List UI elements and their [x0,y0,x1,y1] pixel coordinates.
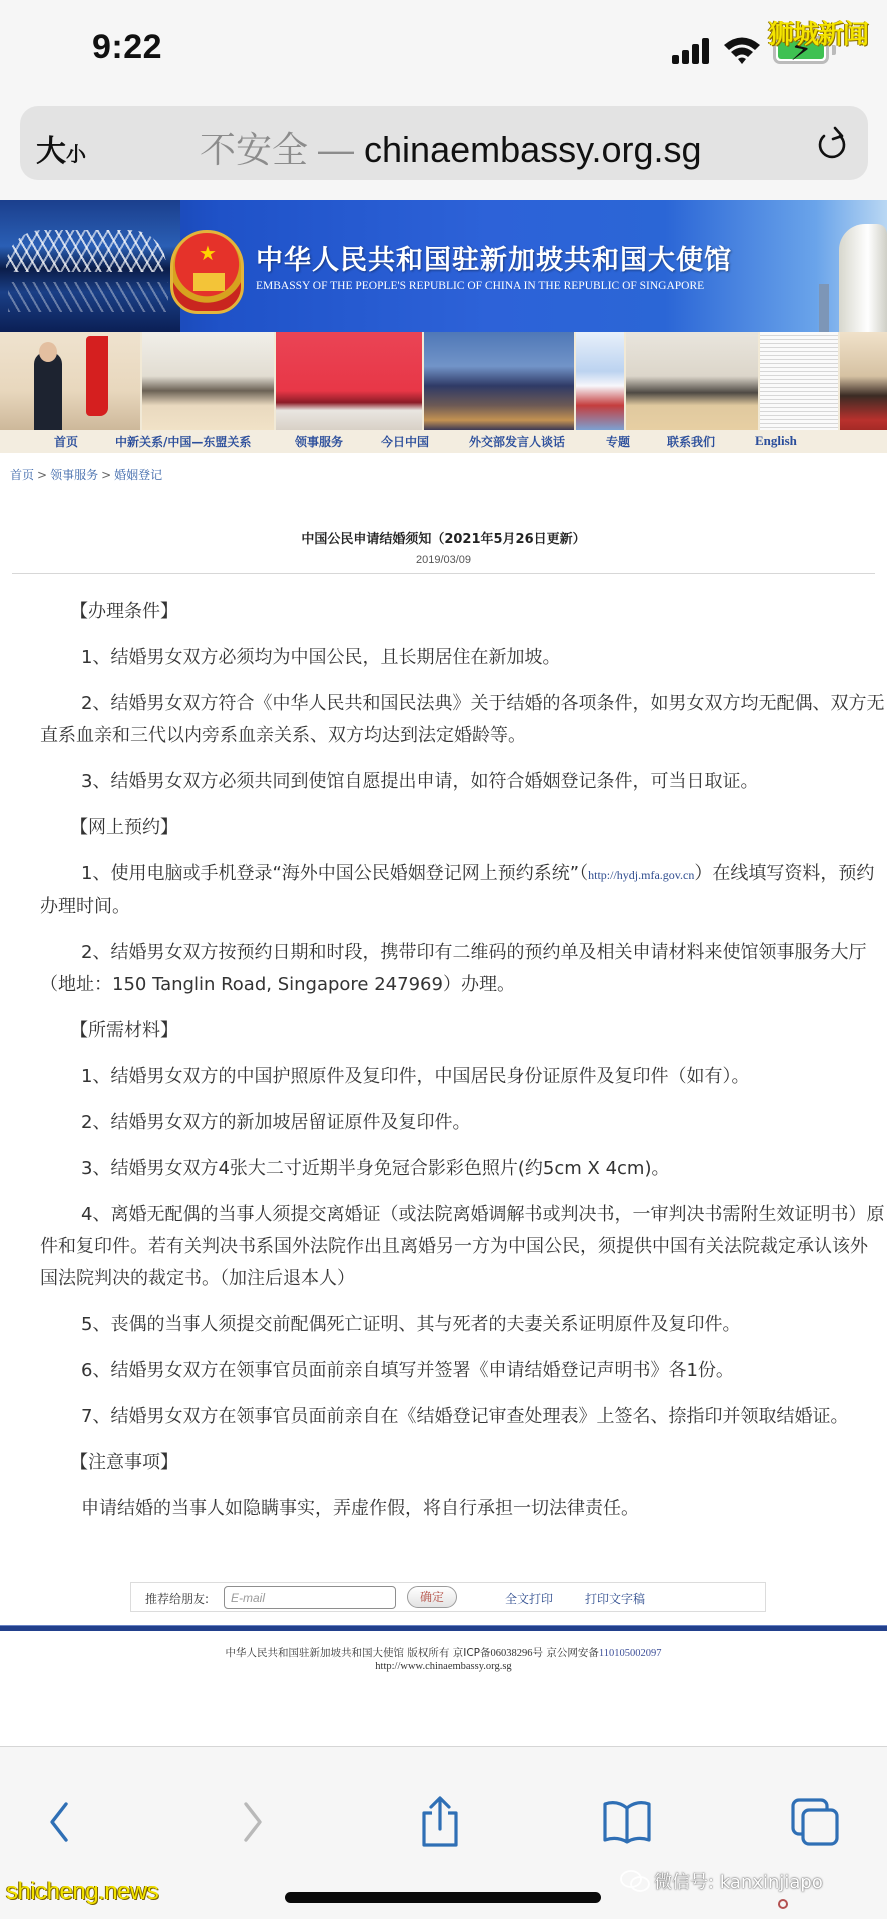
share-button[interactable] [413,1795,467,1849]
nav-item-topics[interactable]: 专题 [606,433,630,450]
paragraph: 1、结婚男女双方必须均为中国公民，且长期居住在新加坡。 [40,642,885,674]
police-record-link[interactable]: 110105002097 [599,1648,662,1659]
photo-newspaper[interactable] [760,332,840,430]
article-date: 2019/03/09 [0,554,887,566]
birds-nest-stadium-image [0,200,180,332]
tabs-button[interactable] [788,1795,842,1849]
appointment-system-link[interactable]: http://hydj.mfa.gov.cn [588,868,694,882]
email-input[interactable] [224,1586,396,1609]
footer-divider [0,1625,887,1631]
paragraph-text: 1、使用电脑或手机登录“海外中国公民婚姻登记网上预约系统”（ [81,863,588,884]
wifi-icon [722,34,762,66]
photo-ambassador[interactable] [0,332,142,430]
divider [12,573,875,574]
photo-city-skyline[interactable] [424,332,576,430]
copyright-text: 中华人民共和国驻新加坡共和国大使馆 版权所有 京ICP备 [226,1647,491,1659]
nav-item-spokesperson[interactable]: 外交部发言人谈话 [469,433,565,450]
wechat-watermark: 微信号: kanxinjiapo [620,1868,823,1894]
site-title: 中华人民共和国驻新加坡共和国大使馆 [256,238,732,277]
breadcrumb-consular[interactable]: 领事服务 [50,468,98,482]
reload-icon[interactable] [814,124,850,164]
paragraph: 7、结婚男女双方在领事官员面前亲自在《结婚登记审查处理表》上签名、捺指印并领取结… [40,1401,885,1433]
paragraph: 2、结婚男女双方的新加坡居留证原件及复印件。 [40,1107,885,1139]
icp-number: 06038296 [490,1648,532,1659]
url-text[interactable]: 不安全 — chinaembassy.org.sg [200,122,702,173]
back-icon [44,1800,74,1844]
paragraph: 3、结婚男女双方4张大二寸近期半身免冠合影彩色照片(约5cm X 4cm)。 [40,1153,885,1185]
address-bar[interactable]: 大小 不安全 — chinaembassy.org.sg [20,106,868,180]
section-heading: 【办理条件】 [40,596,885,628]
nav-item-china-today[interactable]: 今日中国 [381,433,429,450]
wechat-id: 微信号: kanxinjiapo [654,1868,823,1894]
site-header-banner: ★ 中华人民共和国驻新加坡共和国大使馆 EMBASSY OF THE PEOPL… [0,200,887,332]
home-indicator[interactable] [285,1892,601,1903]
back-button[interactable] [32,1795,86,1849]
watermark-bottom: shicheng.news [6,1878,158,1906]
breadcrumb-separator: > [101,468,111,482]
section-heading: 【所需材料】 [40,1015,885,1047]
tabs-icon [789,1796,841,1848]
nav-item-relations[interactable]: 中新关系/中国—东盟关系 [115,433,251,450]
breadcrumb: 首页>领事服务>婚姻登记 [10,466,162,483]
text-size-small-label: 小 [66,142,86,166]
forward-icon [238,1800,268,1844]
footer-url: http://www.chinaembassy.org.sg [0,1661,887,1672]
section-heading: 【网上预约】 [40,812,885,844]
nav-item-home[interactable]: 首页 [54,433,78,450]
photo-strip [0,332,887,430]
wechat-icon [620,1869,650,1893]
paragraph: 6、结婚男女双方在领事官员面前亲自填写并签署《申请结婚登记声明书》各1份。 [40,1355,885,1387]
share-icon [418,1795,462,1849]
share-bar: 推荐给朋友: 确定 全文打印 打印文字稿 [130,1582,766,1612]
text-size-big-label: 大 [36,134,66,169]
main-nav: 首页 中新关系/中国—东盟关系 领事服务 今日中国 外交部发言人谈话 专题 联系… [0,430,887,453]
paragraph: 2、结婚男女双方符合《中华人民共和国民法典》关于结婚的各项条件，如男女双方均无配… [40,688,885,752]
browser-url-area: 大小 不安全 — chinaembassy.org.sg [0,100,887,200]
paragraph: 4、离婚无配偶的当事人须提交离婚证（或法院离婚调解书或判决书，一审判决书需附生效… [40,1199,885,1295]
watermark-top: 狮城新闻 [768,14,868,51]
watermark-dot-icon [778,1899,788,1909]
photo-visit[interactable] [840,332,887,430]
confirm-button[interactable]: 确定 [407,1586,457,1608]
breadcrumb-home[interactable]: 首页 [10,468,34,482]
photo-briefing-event[interactable] [276,332,424,430]
status-time: 9:22 [92,28,162,67]
text-size-button[interactable]: 大小 [36,126,86,170]
print-text-link[interactable]: 打印文字稿 [585,1590,645,1607]
section-heading: 【注意事项】 [40,1447,885,1479]
photo-video-meeting[interactable] [142,332,276,430]
merlion-image [839,224,887,332]
article-title: 中国公民申请结婚须知（2021年5月26日更新） [0,528,887,547]
paragraph: 申请结婚的当事人如隐瞒事实，弄虚作假，将自行承担一切法律责任。 [40,1493,885,1525]
nav-item-contact[interactable]: 联系我们 [667,433,715,450]
paragraph: 3、结婚男女双方必须共同到使馆自愿提出申请，如符合婚姻登记条件，可当日取证。 [40,766,885,798]
icp-suffix: 号 京公网安备 [532,1647,598,1659]
site-subtitle: EMBASSY OF THE PEOPLE'S REPUBLIC OF CHIN… [256,280,704,292]
paragraph: 5、丧偶的当事人须提交前配偶死亡证明、其与死者的夫妻关系证明原件及复印件。 [40,1309,885,1341]
share-label: 推荐给朋友: [145,1590,209,1607]
paragraph: 1、使用电脑或手机登录“海外中国公民婚姻登记网上预约系统”（http://hyd… [40,858,885,923]
breadcrumb-marriage[interactable]: 婚姻登记 [114,468,162,482]
breadcrumb-separator: > [37,468,47,482]
cellular-signal-icon [672,38,712,64]
forward-button[interactable] [226,1795,280,1849]
bookmarks-button[interactable] [600,1795,654,1849]
not-secure-label: 不安全 — [200,129,354,170]
national-emblem-icon: ★ [170,230,244,314]
status-bar: 9:22 ⚡ 狮城新闻 [0,0,887,100]
nav-item-english[interactable]: English [755,433,797,449]
bookmarks-icon [601,1798,653,1846]
footer-copyright: 中华人民共和国驻新加坡共和国大使馆 版权所有 京ICP备06038296号 京公… [0,1645,887,1660]
paragraph: 2、结婚男女双方按预约日期和时段，携带印有二维码的预约单及相关申请材料来使馆领事… [40,937,885,1001]
nav-item-consular[interactable]: 领事服务 [295,433,343,450]
photo-conference[interactable] [626,332,760,430]
article-body: 【办理条件】 1、结婚男女双方必须均为中国公民，且长期居住在新加坡。 2、结婚男… [40,596,885,1539]
photo-infographic[interactable] [576,332,626,430]
skyline-tower-image [819,284,829,332]
url-domain: chinaembassy.org.sg [364,129,702,170]
paragraph: 1、结婚男女双方的中国护照原件及复印件，中国居民身份证原件及复印件（如有）。 [40,1061,885,1093]
print-full-link[interactable]: 全文打印 [505,1590,553,1607]
